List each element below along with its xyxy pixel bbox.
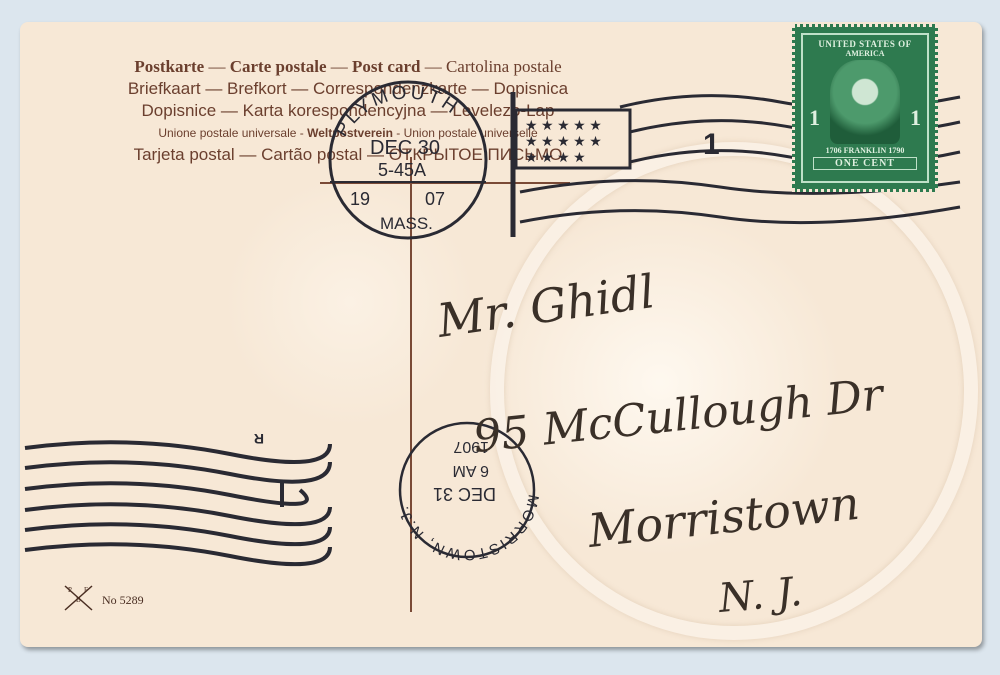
svg-text:P: P [68, 586, 72, 594]
wavy-cancel-left [25, 442, 330, 564]
svg-text:DEC 30: DEC 30 [370, 137, 440, 159]
svg-text:Morristown: Morristown [585, 476, 862, 558]
postcard: Postkarte — Carte postale — Post card — … [20, 22, 982, 647]
svg-text:DEC 31: DEC 31 [433, 484, 496, 504]
svg-text:★ ★ ★ ★ ★: ★ ★ ★ ★ ★ [525, 135, 602, 150]
svg-text:★ ★ ★ ★: ★ ★ ★ ★ [525, 151, 586, 166]
postmark-plymouth: PLYMOUTH DEC 30 5-45A 19 07 MASS. [330, 82, 486, 238]
svg-text:MASS.: MASS. [380, 214, 433, 233]
svg-text:B: B [76, 596, 81, 604]
svg-text:PLYMOUTH: PLYMOUTH [331, 82, 463, 140]
svg-text:★ ★ ★ ★ ★: ★ ★ ★ ★ ★ [525, 119, 602, 134]
svg-text:R: R [254, 431, 264, 447]
publisher-logo-icon: P F B [62, 582, 96, 612]
svg-text:1: 1 [703, 128, 720, 161]
svg-text:19: 19 [350, 189, 370, 209]
handwritten-address: Mr. Ghidl 95 McCullough Dr Morristown N.… [433, 264, 888, 622]
series-number: No 5289 [102, 593, 144, 608]
svg-text:F: F [84, 586, 88, 594]
svg-text:07: 07 [425, 189, 445, 209]
postage-stamp: UNITED STATES OF AMERICA 1706 FRANKLIN 1… [792, 24, 938, 192]
svg-text:95 McCullough Dr: 95 McCullough Dr [471, 369, 888, 463]
svg-text:Mr. Ghidl: Mr. Ghidl [433, 264, 658, 348]
svg-text:6 AM: 6 AM [453, 462, 489, 479]
svg-text:5-45A: 5-45A [378, 160, 426, 180]
svg-text:N. J.: N. J. [716, 569, 804, 622]
franklin-portrait [830, 60, 900, 144]
